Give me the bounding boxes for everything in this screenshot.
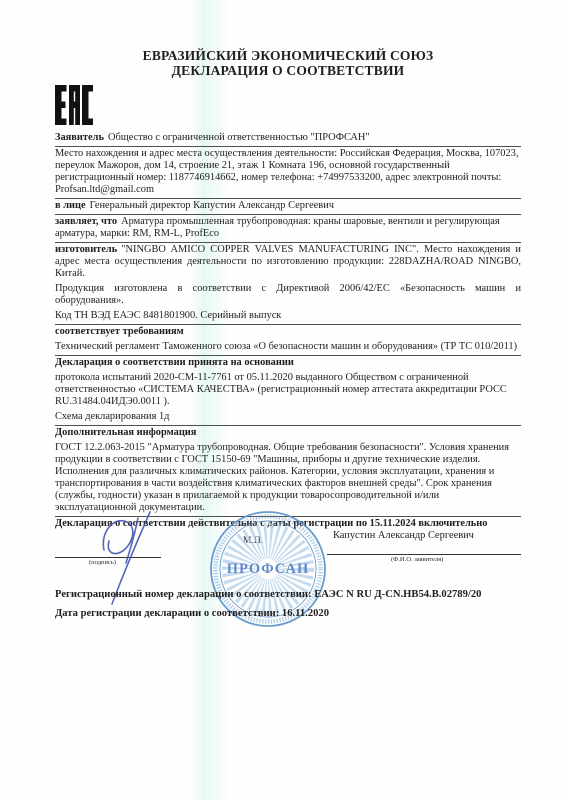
applicant-address: Место нахождения и адрес места осуществл… [55,148,518,195]
regulation-row: Технический регламент Таможенного союза … [55,340,521,356]
union-title: ЕВРАЗИЙСКИЙ ЭКОНОМИЧЕСКИЙ СОЮЗ [55,48,521,63]
doc-type-title: ДЕКЛАРАЦИЯ О СООТВЕТСТВИИ [55,63,521,78]
eac-mark-icon: ЕАС [55,85,93,126]
tnved-row: Код ТН ВЭД ЕАЭС 8481801900. Серийный вып… [55,309,521,325]
additional-info-text: ГОСТ 12.2.063-2015 "Арматура трубопровод… [55,442,509,513]
registration-date-row: Дата регистрации декларации о соответств… [55,608,535,619]
signer-line [327,554,521,555]
basis-heading: Декларация о соответствии принята на осн… [55,356,521,371]
manufacturer-label: изготовитель [55,244,117,255]
document-header: ЕВРАЗИЙСКИЙ ЭКОНОМИЧЕСКИЙ СОЮЗ ДЕКЛАРАЦИ… [55,48,521,78]
registration-date-value: 16.11.2020 [282,608,329,619]
basis-row: протокола испытаний 2020-СМ-11-7761 от 0… [55,371,521,410]
manufacturer-row: изготовитель"NINGBO AMICO COPPER VALVES … [55,243,521,282]
declares-row: заявляет, чтоАрматура промышленная трубо… [55,215,521,243]
tnved-code: Код ТН ВЭД ЕАЭС 8481801900. Серийный вып… [55,310,281,321]
applicant-address-row: Место нахождения и адрес места осуществл… [55,147,521,199]
applicant-row: ЗаявительОбщество с ограниченной ответст… [55,131,521,147]
document-content: ЕВРАЗИЙСКИЙ ЭКОНОМИЧЕСКИЙ СОЮЗ ДЕКЛАРАЦИ… [55,48,521,532]
scheme-text: Схема декларирования 1д [55,411,169,422]
declares-label: заявляет, что [55,216,117,227]
registration-number-row: Регистрационный номер декларации о соотв… [55,589,535,600]
applicant-name: Общество с ограниченной ответственностью… [108,132,370,143]
person-label: в лице [55,200,86,211]
signer-name: Капустин Александр Сергеевич [333,530,474,541]
registration-date-label: Дата регистрации декларации о соответств… [55,608,279,619]
person-name: Генеральный директор Капустин Александр … [90,200,334,211]
manufacturer-info: "NINGBO AMICO COPPER VALVES MANUFACTURIN… [55,244,521,279]
scheme-row: Схема декларирования 1д [55,410,521,426]
meets-requirements-heading: соответствует требованиям [55,325,521,340]
registration-number-label: Регистрационный номер декларации о соотв… [55,589,312,600]
signer-caption: (Ф.И.О. заявителя) [391,556,443,563]
declaration-document-page: ЕВРАЗИЙСКИЙ ЭКОНОМИЧЕСКИЙ СОЮЗ ДЕКЛАРАЦИ… [0,0,565,800]
additional-info-heading: Дополнительная информация [55,426,521,441]
registration-number-value: ЕАЭС N RU Д-CN.НВ54.В.02789/20 [314,589,481,600]
basis-text: протокола испытаний 2020-СМ-11-7761 от 0… [55,372,507,407]
applicant-person-row: в лицеГенеральный директор Капустин Алек… [55,199,521,215]
eac-mark-row: ЕАС [55,85,521,131]
regulation-text: Технический регламент Таможенного союза … [55,341,517,352]
directive-row: Продукция изготовлена в соответствии с Д… [55,282,521,309]
stamp-city-text: МОСКВА [241,628,295,629]
directive-text: Продукция изготовлена в соответствии с Д… [55,283,521,306]
product-description: Арматура промышленная трубопроводная: кр… [55,216,500,239]
stamp-center-text: ПРОФСАН [227,561,309,577]
applicant-label: Заявитель [55,132,104,143]
